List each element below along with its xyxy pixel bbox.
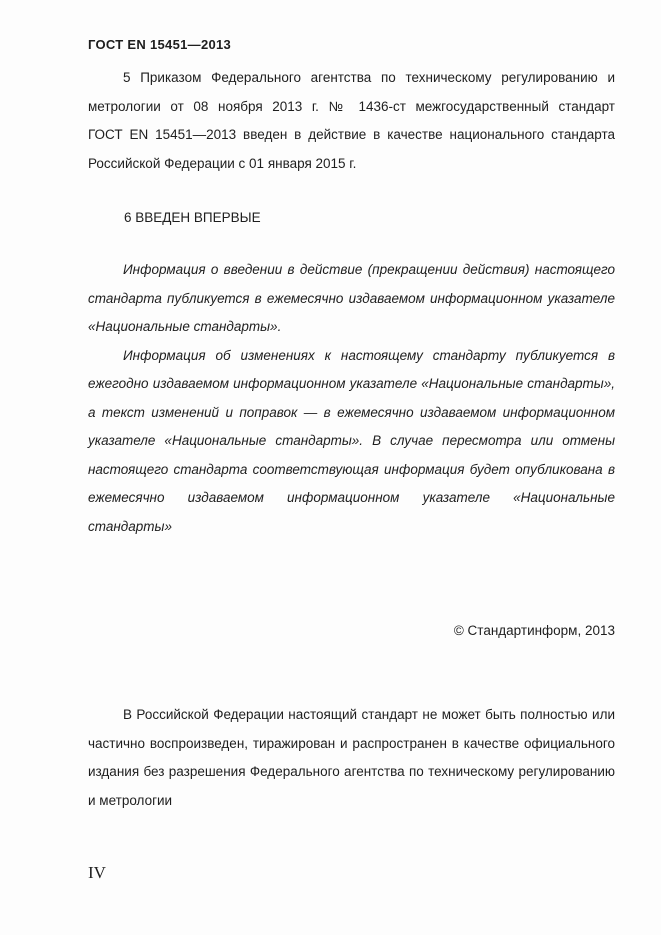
paragraph-notice-introduction: Информация о введении в действие (прекра… — [88, 256, 615, 342]
paragraph-foreword-item5: 5 Приказом Федерального агентства по тех… — [88, 64, 615, 178]
paragraph-line: и метрологии — [88, 787, 615, 816]
paragraph-line: «Национальные стандарты». — [88, 313, 615, 342]
paragraph-notice-amendments: Информация об изменениях к настоящему ст… — [88, 342, 615, 542]
paragraph-line: а текст изменений и поправок — в ежемеся… — [88, 399, 615, 428]
paragraph-line: 5 Приказом Федерального агентства по тех… — [88, 64, 615, 93]
paragraph-line: Российской Федерации с 01 января 2015 г. — [88, 150, 615, 179]
copyright-notice: © Стандартинформ, 2013 — [88, 623, 615, 639]
paragraph-line: Информация о введении в действие (прекра… — [88, 256, 615, 285]
paragraph-foreword-item6: 6 ВВЕДЕН ВПЕРВЫЕ — [124, 208, 615, 228]
paragraph-line: стандарты» — [88, 513, 615, 542]
paragraph-line: ежегодно издаваемом информационном указа… — [88, 370, 615, 399]
page-number: IV — [88, 863, 106, 883]
paragraph-line: ежемесячно издаваемом информационном ука… — [88, 484, 615, 513]
paragraph-reproduction-restriction: В Российской Федерации настоящий стандар… — [88, 701, 615, 815]
document-page: ГОСТ EN 15451—2013 5 Приказом Федерально… — [0, 0, 661, 935]
document-header: ГОСТ EN 15451—2013 — [88, 38, 615, 52]
paragraph-line: В Российской Федерации настоящий стандар… — [88, 701, 615, 730]
paragraph-line: издания без разрешения Федерального аген… — [88, 758, 615, 787]
paragraph-line: ГОСТ EN 15451—2013 введен в действие в к… — [88, 121, 615, 150]
paragraph-line: указателе «Национальные стандарты». В сл… — [88, 427, 615, 456]
paragraph-line: стандарта публикуется в ежемесячно издав… — [88, 285, 615, 314]
paragraph-line: частично воспроизведен, тиражирован и ра… — [88, 730, 615, 759]
paragraph-line: метрологии от 08 ноября 2013 г. № 1436-с… — [88, 93, 615, 122]
paragraph-line: настоящего стандарта соответствующая инф… — [88, 456, 615, 485]
paragraph-line: Информация об изменениях к настоящему ст… — [88, 342, 615, 371]
